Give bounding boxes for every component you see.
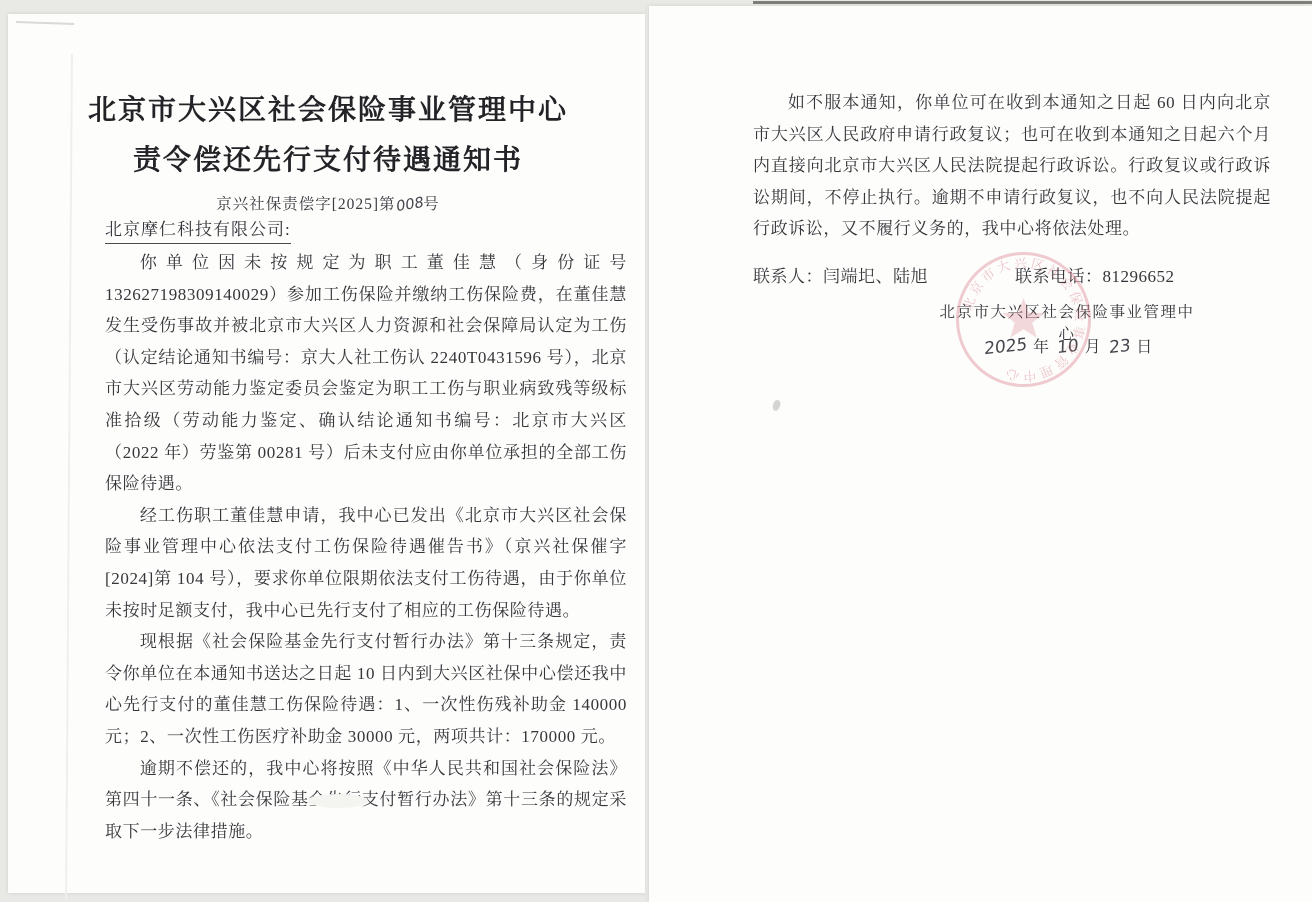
- document-page-1: 北京市大兴区社会保险事业管理中心 责令偿还先行支付待遇通知书 京兴社保责偿字[2…: [8, 14, 645, 893]
- date-day-handwritten: 23: [1108, 336, 1130, 358]
- body-paragraph: 经工伤职工董佳慧申请，我中心已发出《北京市大兴区社会保险事业管理中心依法支付工伤…: [105, 500, 627, 626]
- contact-person-label: 联系人：: [753, 267, 823, 286]
- contact-phone-number: 81296652: [1103, 267, 1175, 286]
- scanned-document-canvas: 北京市大兴区社会保险事业管理中心 责令偿还先行支付待遇通知书 京兴社保责偿字[2…: [0, 0, 1312, 902]
- scan-smudge-artifact: [772, 399, 781, 411]
- seal-star-icon: [1002, 298, 1044, 338]
- official-red-seal: 北京市大兴区社会保险事业管理中心: [946, 242, 1101, 397]
- page2-body: 如不服本通知，你单位可在收到本通知之日起 60 日内向北京市大兴区人民政府申请行…: [753, 87, 1271, 245]
- page1-body: 你单位因未按规定为职工董佳慧（身份证号 132627198309140029）参…: [105, 247, 627, 847]
- document-number-suffix: 号: [423, 196, 440, 213]
- document-number: 京兴社保责偿字[2025]第008号: [88, 192, 568, 214]
- document-title-line2: 责令偿还先行支付待遇通知书: [88, 138, 568, 178]
- body-paragraph: 你单位因未按规定为职工董佳慧（身份证号 132627198309140029）参…: [105, 247, 627, 500]
- body-paragraph: 如不服本通知，你单位可在收到本通知之日起 60 日内向北京市大兴区人民政府申请行…: [753, 87, 1271, 245]
- body-paragraph: 逾期不偿还的，我中心将按照《中华人民共和国社会保险法》第四十一条、《社会保险基金…: [105, 753, 627, 848]
- scan-streak-artifact: [16, 21, 74, 25]
- date-day-label: 日: [1136, 339, 1154, 356]
- document-number-prefix: 京兴社保责偿字[2025]第: [216, 196, 395, 213]
- scan-edge-line: [753, 1, 1312, 4]
- document-title-line1: 北京市大兴区社会保险事业管理中心: [88, 88, 568, 128]
- page-gap-line: [645, 6, 648, 902]
- addressee-company-name: 北京摩仁科技有限公司:: [105, 215, 291, 244]
- paper-fold-line: [65, 54, 73, 899]
- body-paragraph: 现根据《社会保险基金先行支付暂行办法》第十三条规定，责令你单位在本通知书送达之日…: [105, 626, 627, 752]
- contact-person-names: 闫端圯、陆旭: [823, 267, 928, 286]
- document-page-2: 如不服本通知，你单位可在收到本通知之日起 60 日内向北京市大兴区人民政府申请行…: [649, 6, 1312, 902]
- document-number-handwritten: 008: [396, 195, 424, 216]
